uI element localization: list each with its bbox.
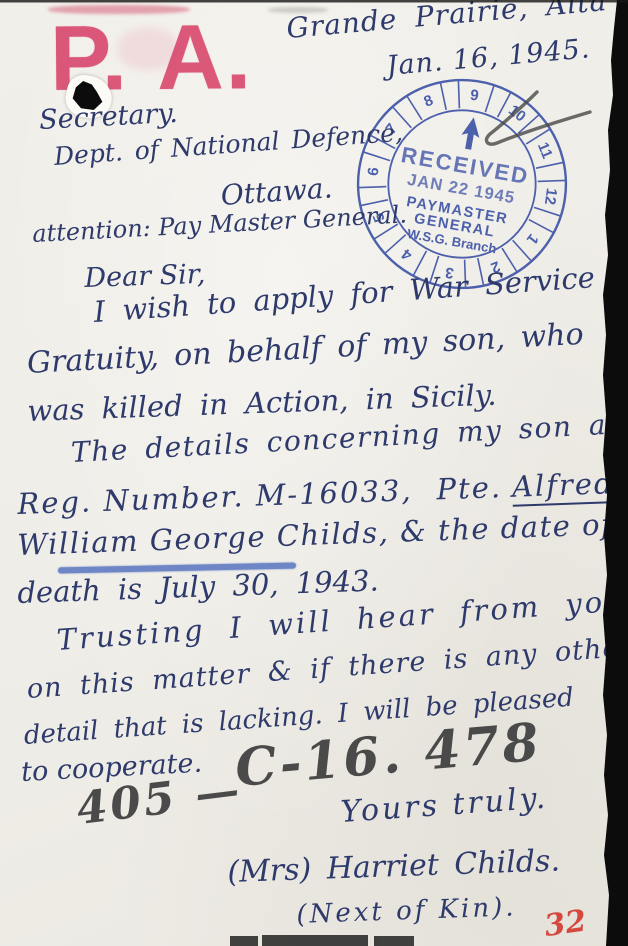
line-next-of-kin: (Next of Kin). — [296, 893, 517, 929]
dial-number: 9 — [469, 87, 480, 105]
dial-number: 8 — [421, 92, 435, 111]
addr-secretary: Secretary. — [38, 99, 178, 136]
pa-stamp-letter-a: A. — [157, 11, 254, 104]
dial-number: 1 — [523, 230, 542, 247]
stamp-arrow-up-icon — [459, 116, 482, 151]
dial-number: 12 — [541, 187, 560, 206]
line-signature: (Mrs) Harriet Childs. — [227, 844, 561, 889]
line-closing: Yours truly. — [340, 782, 549, 829]
dial-number: 6 — [365, 166, 383, 177]
red-page-number: 32 — [542, 905, 588, 943]
first-name-underlined: Alfred — [511, 466, 615, 507]
dial-number: 4 — [398, 245, 416, 264]
letter-page: P. A. 9 10 11 12 1 2 3 4 5 6 7 8 RECEIVE… — [0, 0, 628, 946]
dial-number: 11 — [534, 140, 556, 161]
dial-number: 10 — [505, 102, 529, 126]
reg-number: Reg. Number. M-16033, — [17, 473, 413, 521]
rank: Pte. — [436, 470, 503, 506]
bottom-scan-marks — [230, 935, 414, 946]
